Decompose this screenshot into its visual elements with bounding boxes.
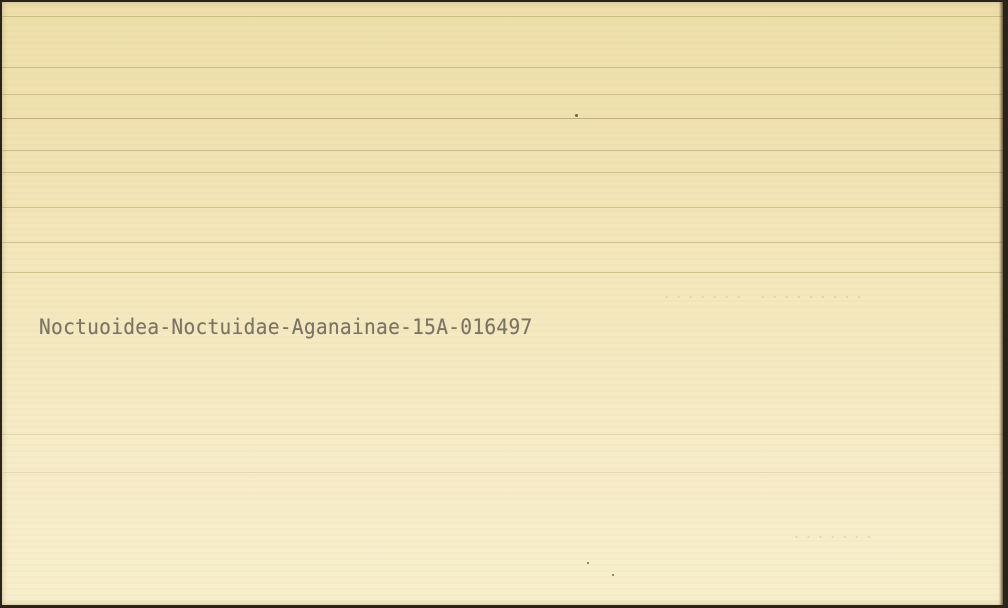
paper-speck: [587, 562, 589, 564]
card-rule-line: [2, 434, 1003, 435]
card-rule-line: [2, 272, 1003, 273]
card-rule-line: [2, 67, 1003, 68]
card-rule-line: [2, 472, 1003, 473]
card-rule-line: [2, 242, 1003, 243]
card-rule-line: [2, 207, 1003, 208]
card-edge-shadow: [999, 2, 1003, 605]
card-rule-line: [2, 150, 1003, 151]
card-rule-line: [2, 94, 1003, 95]
paper-speck: [575, 114, 578, 117]
card-rule-line: [2, 16, 1003, 17]
index-card: ······· ········· ······· Noctuoidea-Noc…: [2, 2, 1003, 605]
card-rule-line: [2, 172, 1003, 173]
card-rule-line: [2, 118, 1003, 119]
paper-speck: [612, 574, 614, 576]
bleed-through-text: ·······: [792, 528, 876, 546]
bleed-through-text: ······· ·········: [662, 288, 867, 306]
specimen-catalog-label: Noctuoidea-Noctuidae-Aganainae-15A-01649…: [39, 314, 533, 340]
